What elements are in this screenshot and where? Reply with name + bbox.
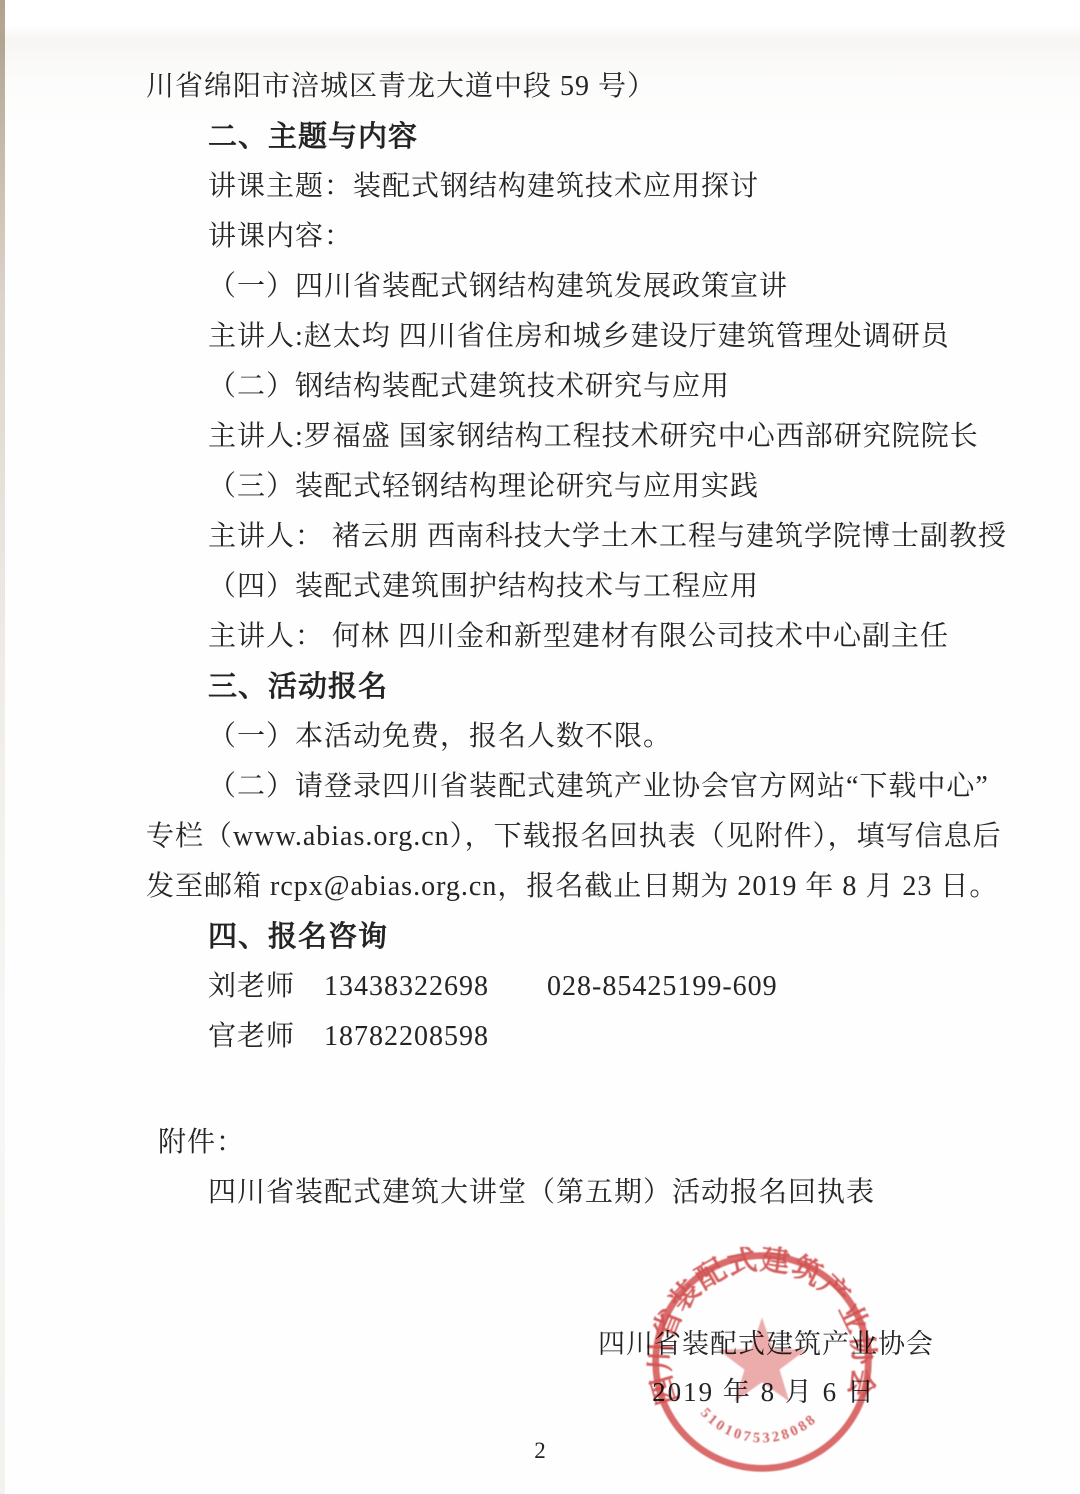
document-line: 专栏（www.abias.org.cn），下载报名回执表（见附件），填写信息后 bbox=[146, 812, 1016, 862]
official-seal: 四川省装配式建筑产业协会 5101075328088 bbox=[646, 1246, 878, 1478]
document-line: 川省绵阳市涪城区青龙大道中段 59 号） bbox=[146, 62, 1016, 112]
document-line: （二）请登录四川省装配式建筑产业协会官方网站“下载中心” bbox=[146, 762, 1016, 812]
page-number: 2 bbox=[0, 1438, 1080, 1464]
document-page: 川省绵阳市涪城区青龙大道中段 59 号） 二、主题与内容 讲课主题：装配式钢结构… bbox=[0, 0, 1080, 1494]
attachment-title: 四川省装配式建筑大讲堂（第五期）活动报名回执表 bbox=[146, 1168, 1016, 1218]
document-line: （一）四川省装配式钢结构建筑发展政策宣讲 bbox=[146, 262, 1016, 312]
document-line: （一）本活动免费，报名人数不限。 bbox=[146, 712, 1016, 762]
document-line: 主讲人： 褚云朋 西南科技大学土木工程与建筑学院博士副教授 bbox=[146, 512, 1016, 562]
svg-text:5101075328088: 5101075328088 bbox=[697, 1405, 820, 1446]
document-line: 发至邮箱 rcpx@abias.org.cn，报名截止日期为 2019 年 8 … bbox=[146, 862, 1016, 912]
document-line: 主讲人： 何林 四川金和新型建材有限公司技术中心副主任 bbox=[146, 612, 1016, 662]
document-line: （三）装配式轻钢结构理论研究与应用实践 bbox=[146, 462, 1016, 512]
section-heading: 四、报名咨询 bbox=[146, 912, 1016, 962]
document-line: 主讲人:赵太均 四川省住房和城乡建设厅建筑管理处调研员 bbox=[146, 312, 1016, 362]
document-line: 主讲人:罗福盛 国家钢结构工程技术研究中心西部研究院院长 bbox=[146, 412, 1016, 462]
section-heading: 三、活动报名 bbox=[146, 662, 1016, 712]
contact-line: 刘老师 13438322698 028-85425199-609 bbox=[146, 962, 1016, 1012]
document-content: 川省绵阳市涪城区青龙大道中段 59 号） 二、主题与内容 讲课主题：装配式钢结构… bbox=[146, 62, 1016, 1218]
section-heading: 二、主题与内容 bbox=[146, 112, 1016, 162]
contact-line: 官老师 18782208598 bbox=[146, 1012, 1016, 1062]
document-line: 讲课主题：装配式钢结构建筑技术应用探讨 bbox=[146, 162, 1016, 212]
document-line: 讲课内容： bbox=[146, 212, 1016, 262]
attachment-section: 附件： 四川省装配式建筑大讲堂（第五期）活动报名回执表 bbox=[146, 1118, 1016, 1218]
attachment-label: 附件： bbox=[146, 1118, 1016, 1168]
document-line: （二）钢结构装配式建筑技术研究与应用 bbox=[146, 362, 1016, 412]
scan-edge-artifact bbox=[0, 0, 5, 1494]
document-line: （四）装配式建筑围护结构技术与工程应用 bbox=[146, 562, 1016, 612]
seal-star-icon bbox=[718, 1318, 806, 1402]
seal-number-text: 5101075328088 bbox=[697, 1405, 820, 1446]
